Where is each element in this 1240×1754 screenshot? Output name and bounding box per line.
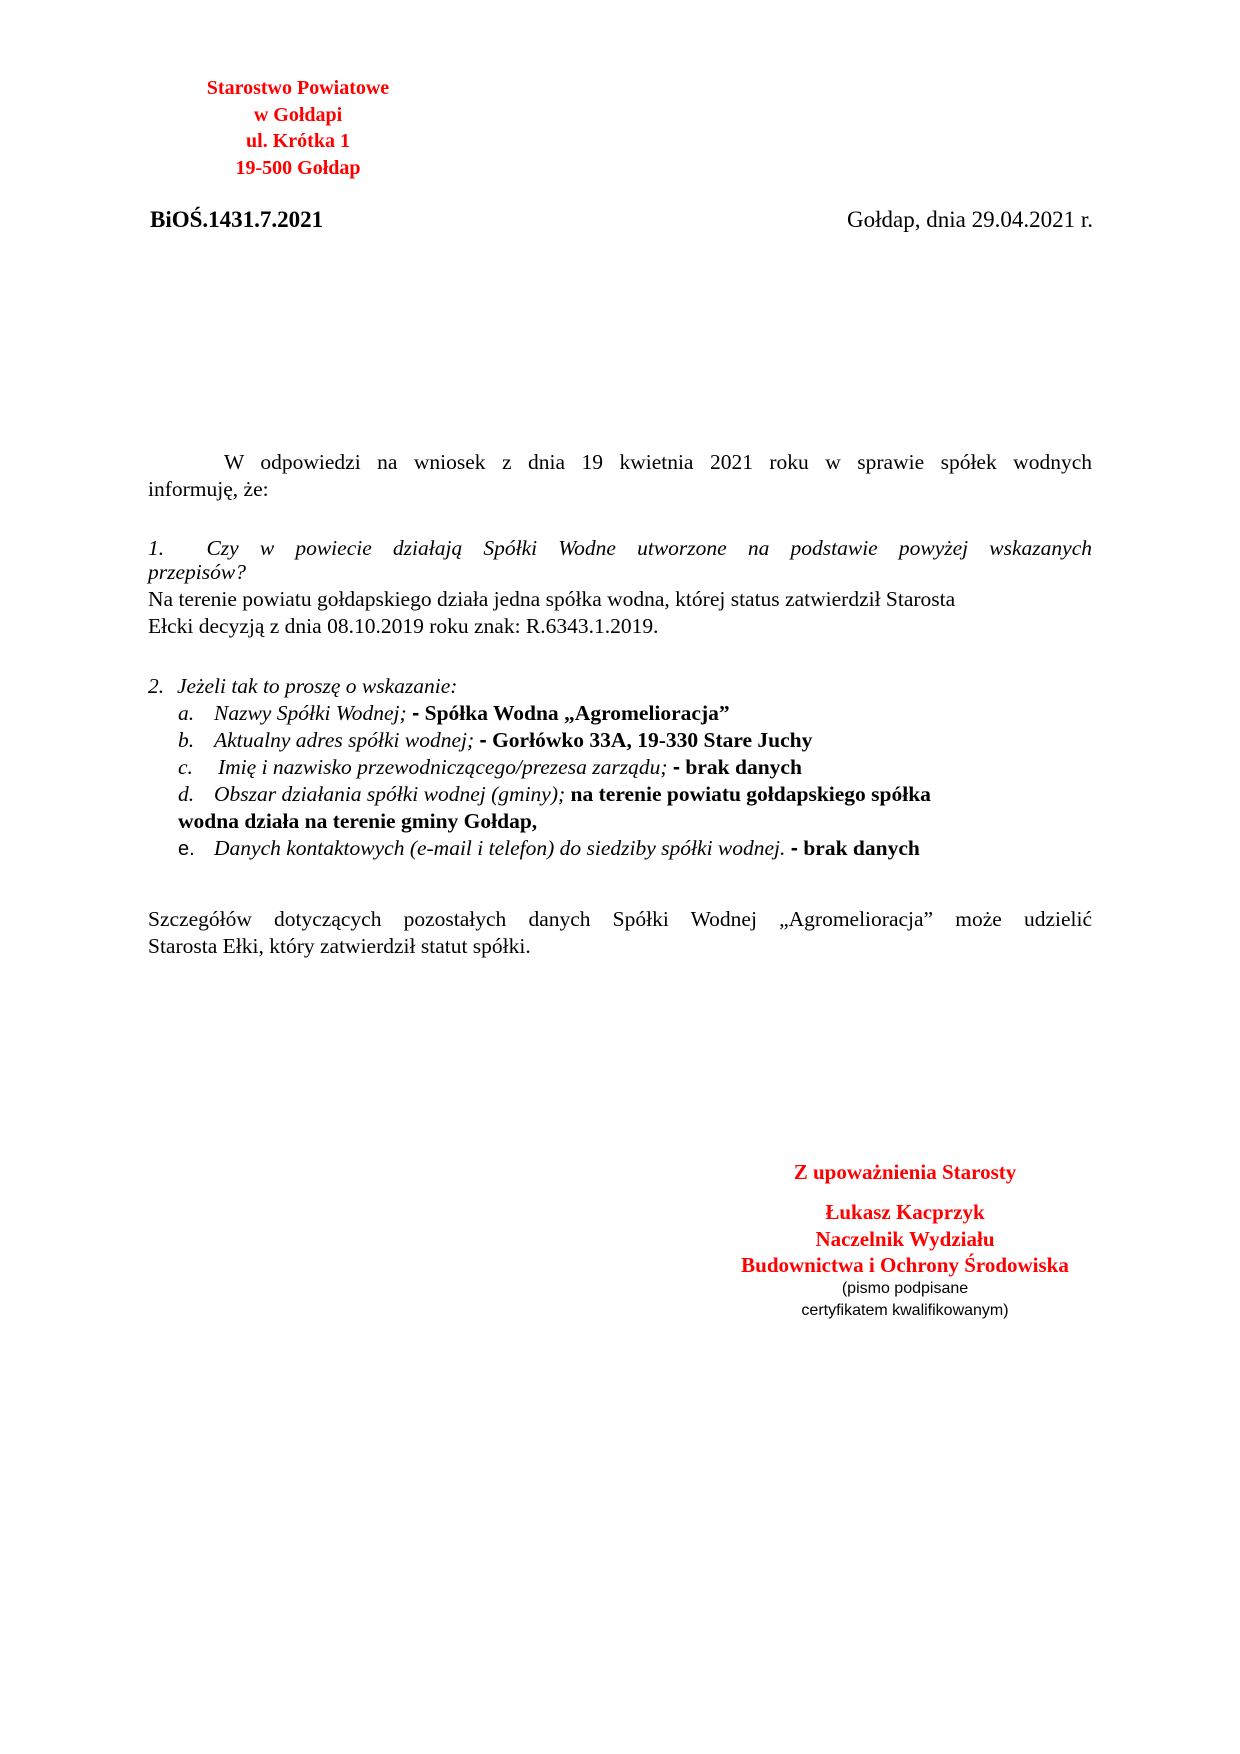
place-date: Gołdap, dnia 29.04.2021 r.: [800, 207, 1093, 233]
item-marker: c.: [178, 754, 218, 781]
list-item-d-continuation: wodna działa na terenie gminy Gołdap,: [148, 808, 1092, 835]
institution-street: ul. Krótka 1: [148, 128, 448, 155]
item-marker: e.: [178, 836, 214, 863]
question-1-line-1: 1. Czy w powiecie działają Spółki Wodne …: [148, 535, 1092, 562]
item-separator: -: [673, 755, 680, 779]
item-marker: a.: [178, 700, 214, 727]
institution-name: Starostwo Powiatowe: [148, 75, 448, 102]
signatory-title-2: Budownictwa i Ochrony Środowiska: [700, 1252, 1110, 1279]
intro-line-2: informuję, że:: [148, 476, 1092, 503]
question-1-line-2: przepisów?: [148, 559, 1092, 586]
item-question: Obszar działania spółki wodnej (gminy);: [214, 782, 565, 806]
question-2-header: 2.Jeżeli tak to proszę o wskazanie:: [148, 673, 1092, 700]
item-marker: d.: [178, 781, 214, 808]
closing-paragraph: Szczegółów dotyczących pozostałych danyc…: [148, 906, 1092, 960]
item-answer: brak danych: [685, 755, 802, 779]
item-answer: brak danych: [803, 836, 920, 860]
item-marker: b.: [178, 727, 214, 754]
item-question: Nazwy Spółki Wodnej;: [214, 701, 407, 725]
item-answer: na terenie powiatu gołdapskiego spółka: [571, 782, 931, 806]
institution-city: w Gołdapi: [148, 102, 448, 129]
institution-postal: 19-500 Gołdap: [148, 155, 448, 182]
list-item-e: e.Danych kontaktowych (e-mail i telefon)…: [148, 835, 1092, 863]
intro-paragraph: W odpowiedzi na wniosek z dnia 19 kwietn…: [148, 449, 1092, 503]
question-1: 1. Czy w powiecie działają Spółki Wodne …: [148, 535, 1092, 640]
question-1-text: Czy w powiecie działają Spółki Wodne utw…: [206, 536, 1092, 560]
list-item-a: a.Nazwy Spółki Wodnej; - Spółka Wodna „A…: [148, 700, 1092, 727]
item-separator: -: [412, 701, 419, 725]
item-question: Danych kontaktowych (e-mail i telefon) d…: [214, 836, 785, 860]
item-question: Imię i nazwisko przewodniczącego/prezesa…: [218, 755, 667, 779]
signature-note-line-1: (pismo podpisane: [700, 1278, 1110, 1300]
item-question: Aktualny adres spółki wodnej;: [214, 728, 474, 752]
signature-note: (pismo podpisane certyfikatem kwalifikow…: [700, 1278, 1110, 1322]
list-item-b: b.Aktualny adres spółki wodnej; - Gorłów…: [148, 727, 1092, 754]
question-2-number: 2.: [148, 673, 177, 700]
answer-1-line-1: Na terenie powiatu gołdapskiego działa j…: [148, 586, 1092, 613]
question-1-number: 1.: [148, 536, 164, 560]
signatory-title-1: Naczelnik Wydziału: [700, 1226, 1110, 1253]
question-2-text: Jeżeli tak to proszę o wskazanie:: [177, 674, 457, 698]
list-item-d: d.Obszar działania spółki wodnej (gminy)…: [148, 781, 1092, 808]
signature-authorization: Z upoważnienia Starosty: [700, 1160, 1110, 1185]
item-answer: Spółka Wodna „Agromelioracja”: [425, 701, 730, 725]
item-separator: -: [480, 728, 487, 752]
intro-line-1: W odpowiedzi na wniosek z dnia 19 kwietn…: [148, 449, 1092, 476]
list-item-c: c.Imię i nazwisko przewodniczącego/preze…: [148, 754, 1092, 781]
signature-block: Łukasz Kacprzyk Naczelnik Wydziału Budow…: [700, 1199, 1110, 1279]
signatory-name: Łukasz Kacprzyk: [700, 1199, 1110, 1226]
item-separator: -: [791, 836, 798, 860]
item-answer: Gorłówko 33A, 19-330 Stare Juchy: [492, 728, 812, 752]
institution-header: Starostwo Powiatowe w Gołdapi ul. Krótka…: [148, 75, 448, 181]
answer-1-line-2: Ełcki decyzją z dnia 08.10.2019 roku zna…: [148, 613, 1092, 640]
signature-note-line-2: certyfikatem kwalifikowanym): [700, 1300, 1110, 1322]
closing-line-2: Starosta Ełki, który zatwierdził statut …: [148, 933, 1092, 960]
closing-line-1: Szczegółów dotyczących pozostałych danyc…: [148, 906, 1092, 933]
question-2: 2.Jeżeli tak to proszę o wskazanie: a.Na…: [148, 673, 1092, 863]
reference-number: BiOŚ.1431.7.2021: [150, 207, 323, 233]
